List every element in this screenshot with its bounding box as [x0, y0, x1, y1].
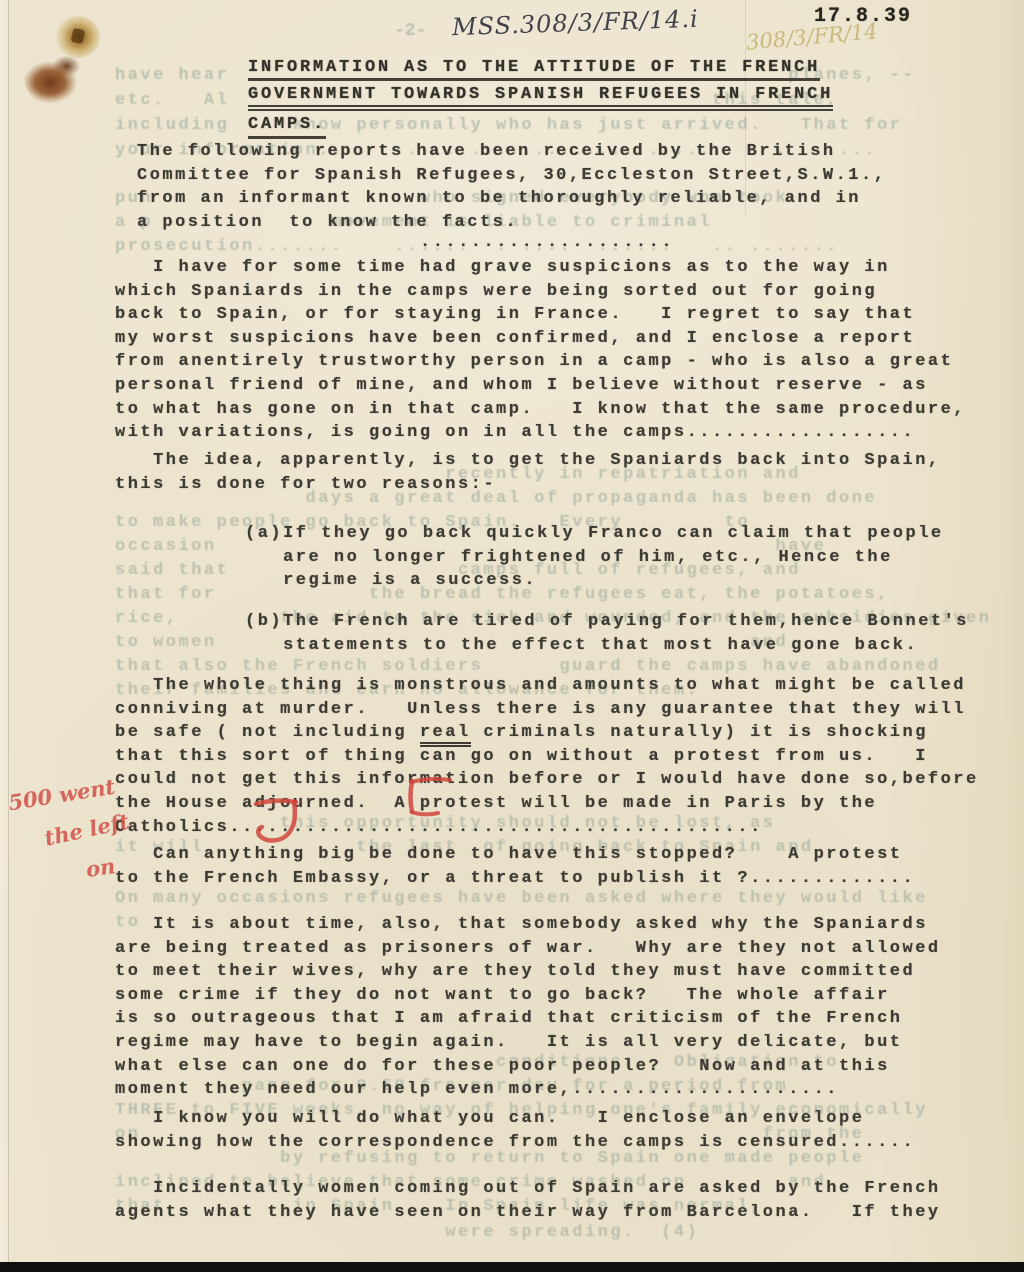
typed-line: that this sort of thing can go on withou…	[115, 745, 979, 769]
typed-line: The whole thing is monstrous and amounts…	[115, 674, 979, 698]
title-line: CAMPS.	[248, 111, 833, 139]
typed-line: regime is a success.	[245, 569, 944, 593]
red-closing-hook-mark	[250, 794, 306, 850]
typed-paragraph-do-what-you-can: I know you will do what you can. I enclo…	[115, 1107, 915, 1154]
typed-paragraph-suspicions: I have for some time had grave suspicion…	[115, 256, 966, 445]
typed-line: Committee for Spanish Refugees, 30,Eccle…	[137, 164, 886, 188]
ghost-page-number: -2-	[394, 20, 426, 42]
typed-line: statements to the effect that most have …	[245, 634, 969, 658]
typed-line: some crime if they do not want to go bac…	[115, 984, 941, 1008]
typed-line: my worst suspicions have been confirmed,…	[115, 327, 966, 351]
typed-paragraph-incidentally: Incidentally women coming out of Spain a…	[115, 1177, 941, 1224]
typed-line: regime may have to begin again. It is al…	[115, 1031, 941, 1055]
typed-line: are no longer frightened of him, etc., H…	[245, 546, 944, 570]
typed-line: agents what they have seen on their way …	[115, 1201, 941, 1225]
typed-line: is so outrageous that I am afraid that c…	[115, 1007, 941, 1031]
typed-line: (b)The French are tired of paying for th…	[245, 610, 969, 634]
typed-line: this is done for two reasons:-	[115, 473, 941, 497]
ghost-line: On many occasions refugees have been ask…	[115, 887, 928, 911]
typed-line: are being treated as prisoners of war. W…	[115, 937, 941, 961]
ghost-line: were spreading. (4)	[115, 1221, 699, 1245]
typed-line: from an informant known to be thoroughly…	[137, 187, 886, 211]
typed-paragraph-reason-b: (b)The French are tired of paying for th…	[245, 610, 969, 657]
title-line: GOVERNMENT TOWARDS SPANISH REFUGEES IN F…	[248, 81, 833, 111]
typed-line: to what has gone on in that camp. I know…	[115, 398, 966, 422]
document-title: INFORMATION AS TO THE ATTITUDE OF THE FR…	[248, 54, 833, 139]
typed-line: I have for some time had grave suspicion…	[115, 256, 966, 280]
double-underlined-word: real	[420, 723, 471, 744]
typed-line: Incidentally women coming out of Spain a…	[115, 1177, 941, 1201]
document-scan-page: have hear planes, --etc. Al this tale,in…	[0, 0, 1024, 1272]
typed-line: The following reports have been received…	[137, 140, 886, 164]
typed-line: the House adjourned. A protest will be m…	[115, 792, 979, 816]
typed-line: to the French Embassy, or a threat to pu…	[115, 867, 915, 891]
red-margin-note-line3: on	[84, 854, 116, 882]
typed-paragraph-intro: The following reports have been received…	[137, 140, 886, 234]
typed-line: moment they need our help even more,....…	[115, 1078, 941, 1102]
title-line: INFORMATION AS TO THE ATTITUDE OF THE FR…	[248, 54, 833, 81]
typed-line: to meet their wives, why are they told t…	[115, 960, 941, 984]
red-margin-note-line1: 500 went	[7, 775, 117, 816]
typed-line: showing how the correspondence from the …	[115, 1131, 915, 1155]
typed-line: back to Spain, or for staying in France.…	[115, 303, 966, 327]
typed-line: The idea, apparently, is to get the Span…	[115, 449, 941, 473]
typed-paragraph-can-anything: Can anything big be done to have this st…	[115, 843, 915, 890]
typed-line: ....................	[420, 231, 674, 255]
typed-paragraph-dotted-separator: ....................	[420, 231, 674, 255]
typed-paragraph-about-time: It is about time, also, that somebody as…	[115, 913, 941, 1102]
typed-paragraph-monstrous: The whole thing is monstrous and amounts…	[115, 674, 979, 839]
paper-edge-line	[8, 0, 9, 1272]
ghost-line-text: On many occasions refugees have been ask…	[115, 887, 928, 911]
typed-paragraph-the-idea: The idea, apparently, is to get the Span…	[115, 449, 941, 496]
ghost-catalog-reference: 308/3/FR/14	[745, 18, 879, 55]
typed-line: be safe ( not including real criminals n…	[115, 721, 979, 745]
typed-line: conniving at murder. Unless there is any…	[115, 698, 979, 722]
typed-line: (a)If they go back quickly Franco can cl…	[245, 522, 944, 546]
typed-line: It is about time, also, that somebody as…	[115, 913, 941, 937]
typed-line: Catholics...............................…	[115, 816, 979, 840]
ghost-line-text: were spreading. (4)	[115, 1221, 699, 1245]
catalog-reference-handwriting: MSS.308/3/FR/14.i	[452, 4, 700, 43]
typed-line: from anentirely trustworthy person in a …	[115, 350, 966, 374]
typed-line: Can anything big be done to have this st…	[115, 843, 915, 867]
typed-line: could not get this information before or…	[115, 768, 979, 792]
typed-paragraph-reason-a: (a)If they go back quickly Franco can cl…	[245, 522, 944, 593]
typed-line: which Spaniards in the camps were being …	[115, 280, 966, 304]
typed-line: I know you will do what you can. I enclo…	[115, 1107, 915, 1131]
scanner-edge-bar	[0, 1262, 1024, 1272]
typed-line: personal friend of mine, and whom I beli…	[115, 374, 966, 398]
red-opening-bracket-mark	[398, 774, 456, 820]
rust-stain-large	[24, 50, 86, 108]
typed-line: what else can one do for these poor peop…	[115, 1055, 941, 1079]
typed-line: with variations, is going on in all the …	[115, 421, 966, 445]
